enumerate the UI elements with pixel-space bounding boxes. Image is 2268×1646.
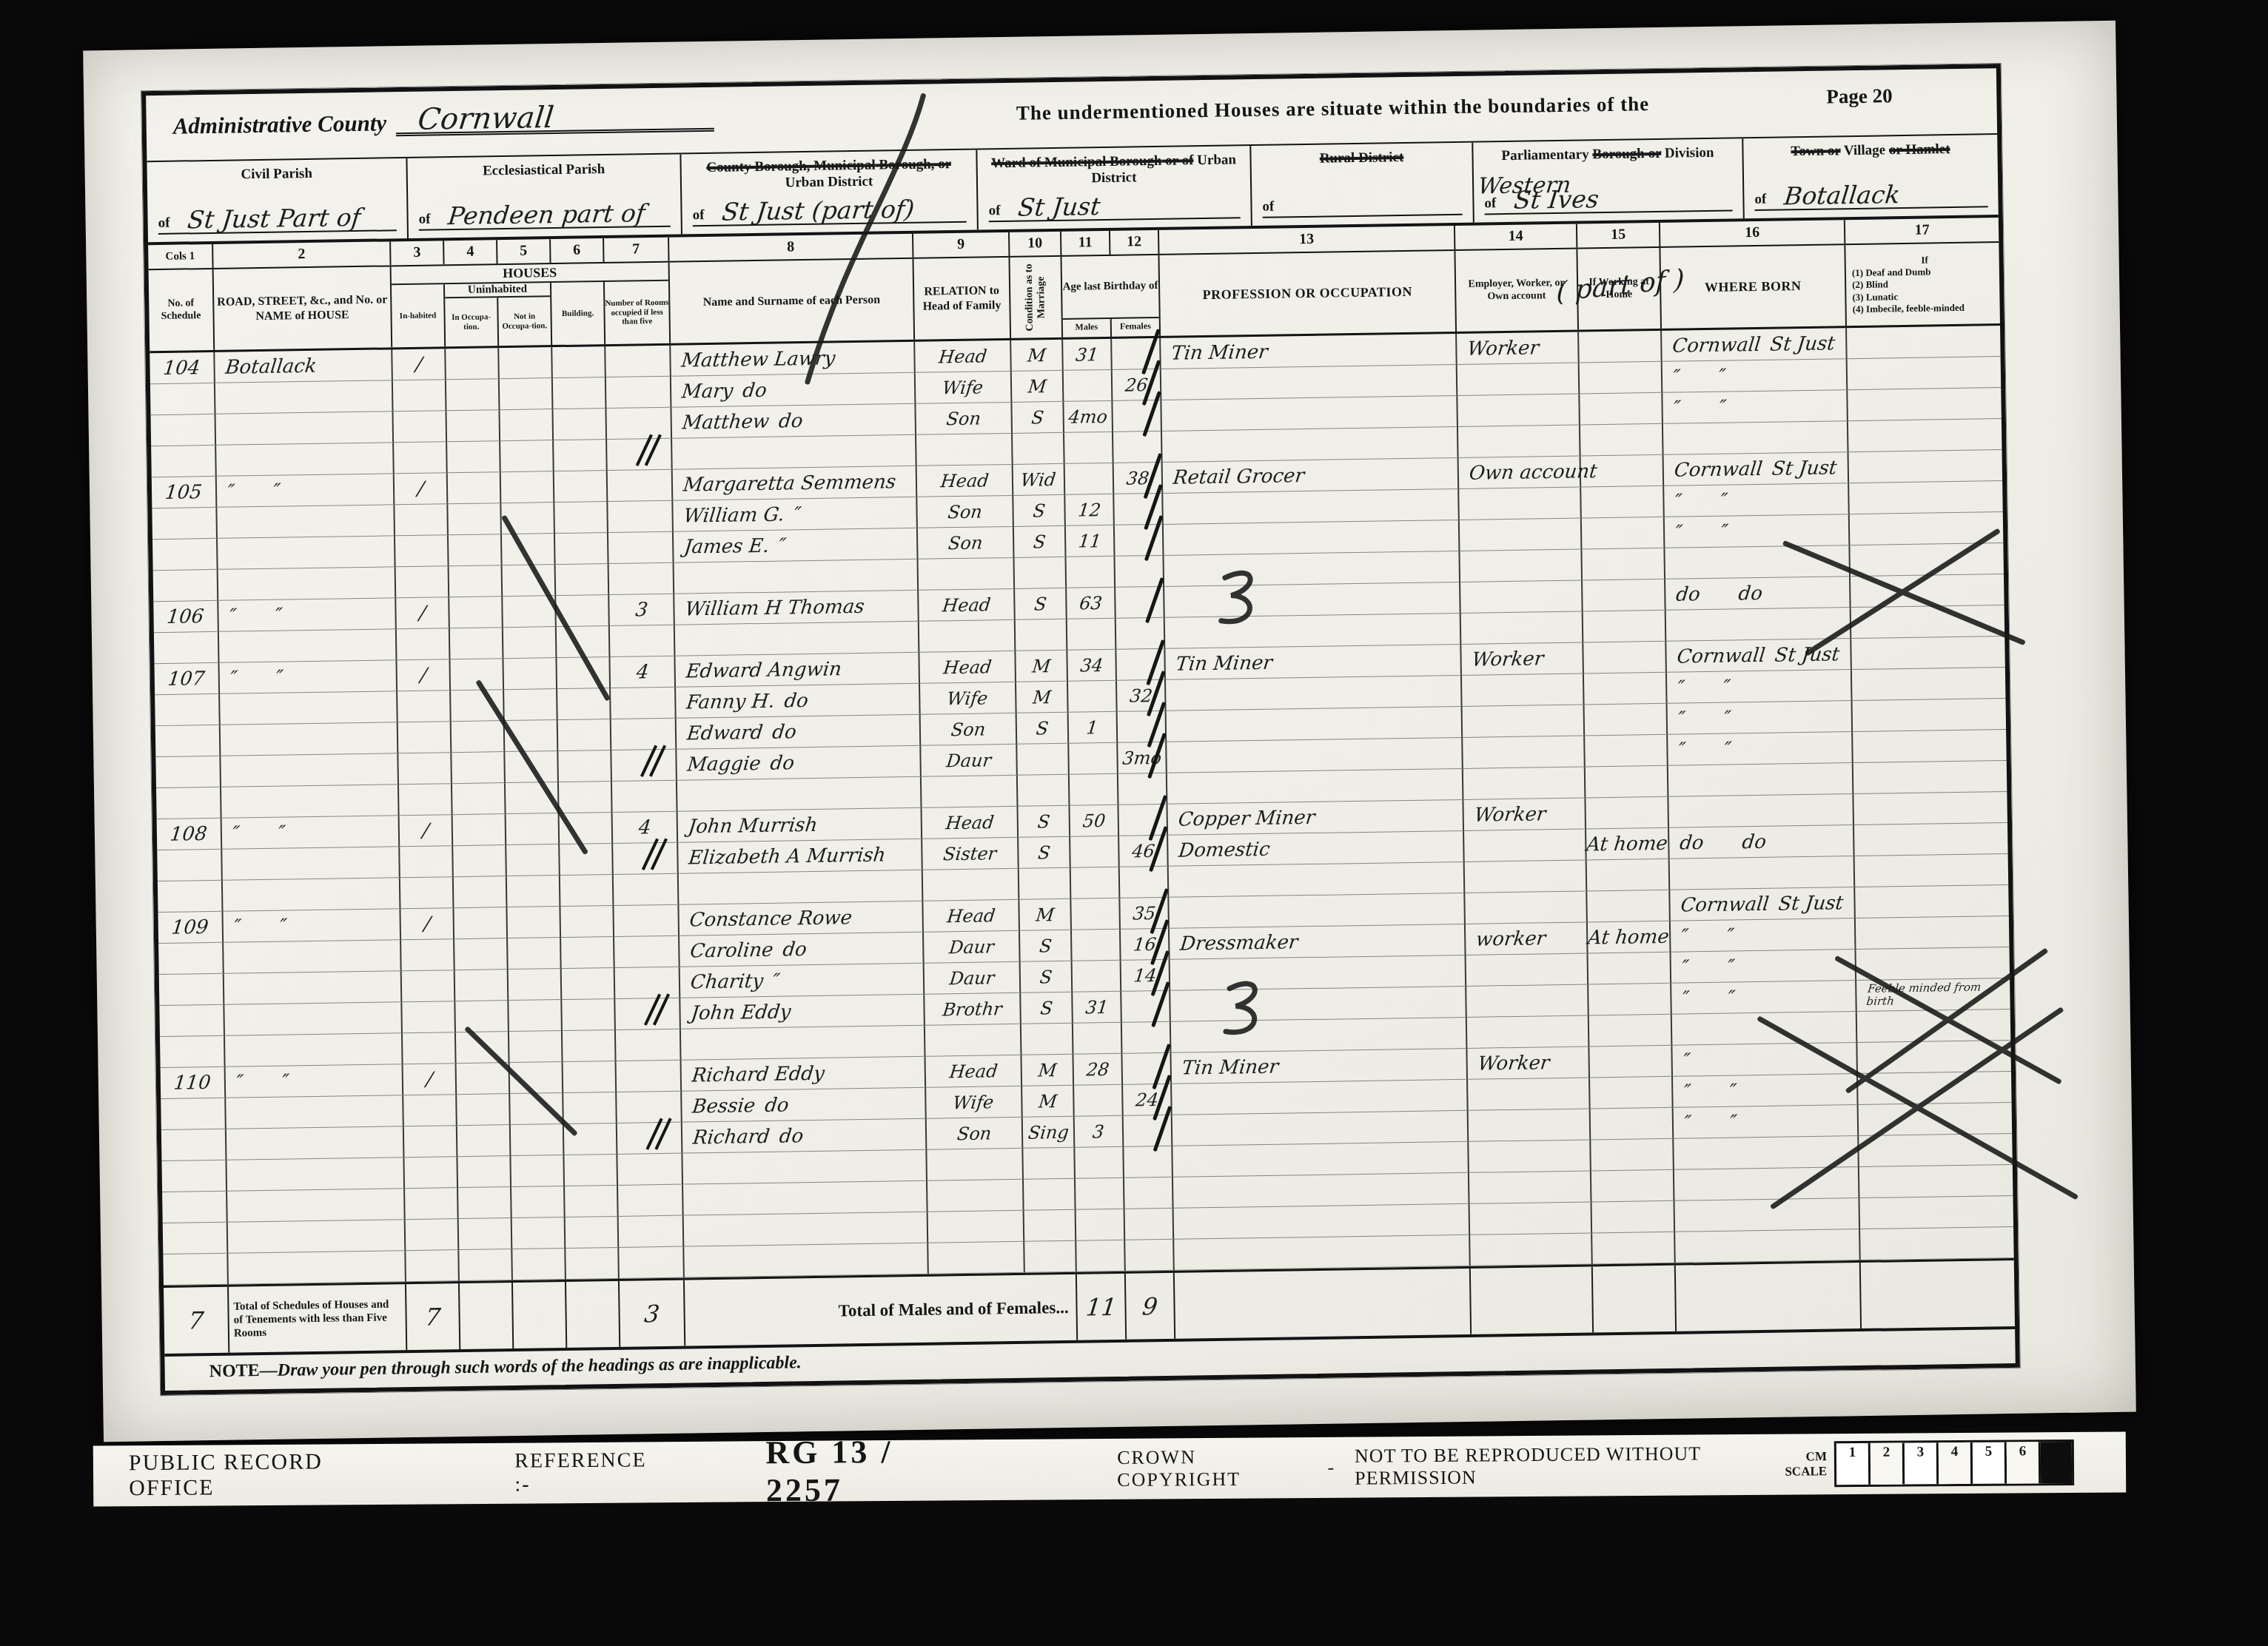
header-box-label: Town or Village or Hamlet — [1743, 141, 1998, 180]
cell-name: Bessie do — [691, 1094, 790, 1118]
cell-born: ″ ″ — [1680, 924, 1736, 947]
cell-m: 3 — [1092, 1121, 1105, 1142]
column-number: 5 — [497, 239, 551, 263]
header-box-parliamentary: Parliamentary Borough or DivisionofSt Iv… — [1472, 138, 1743, 222]
header-box-label: Rural District — [1251, 149, 1472, 187]
col-uninhabited-group: Uninhabited In Occupa-tion. Not in Occup… — [445, 283, 552, 346]
cell-cond: S — [1032, 531, 1046, 552]
column-number: 16 — [1660, 220, 1845, 246]
cell-s: 107 — [167, 668, 206, 691]
cell-f: 46 — [1131, 841, 1156, 862]
cell-cond: S — [1032, 500, 1046, 521]
cell-emp: Worker — [1473, 803, 1547, 826]
cell-m: 28 — [1085, 1059, 1110, 1081]
scale-mark: 3 — [1905, 1442, 1939, 1484]
reference-label: REFERENCE :- — [514, 1448, 655, 1496]
column-number: 12 — [1110, 230, 1159, 255]
cell-m: 12 — [1077, 500, 1102, 521]
cell-inh: / — [421, 819, 430, 842]
cell-cond: M — [1031, 656, 1052, 676]
census-entries: 104Botallack/Matthew LawryHeadM31Tin Min… — [150, 326, 2013, 1286]
header-box-value: St Just Part of — [187, 203, 363, 235]
header-box-value: Pendeen part of — [446, 198, 646, 230]
header-box-label: Ecclesiastical Parish — [408, 161, 681, 200]
page-number: Page 20 — [1826, 68, 1997, 135]
cell-road: ″ ″ — [231, 822, 286, 844]
cell-rel: Daur — [945, 750, 993, 771]
cell-f: 38 — [1125, 468, 1150, 489]
footnote-text: Draw your pen through such words of the … — [278, 1353, 802, 1380]
cell-rel: Daur — [948, 967, 995, 989]
cell-emp: Own account — [1468, 460, 1598, 485]
cell-s: 106 — [166, 605, 205, 628]
cell-occ: Domestic — [1178, 838, 1271, 861]
administrative-county: Administrative County Cornwall — [172, 85, 839, 160]
cell-rel: Son — [956, 1123, 992, 1144]
cell-cond: Wid — [1020, 469, 1057, 491]
col-road: ROAD, STREET, &c., and No. or NAME of HO… — [215, 293, 389, 324]
cell-born: ″ ″ — [1677, 707, 1732, 730]
cell-born: Cornwall St Just — [1673, 457, 1838, 481]
cell-s: 108 — [169, 823, 208, 846]
cell-inh: / — [415, 353, 423, 375]
cell-rel: Son — [945, 408, 982, 429]
administrative-county-value: Cornwall — [416, 101, 555, 137]
cell-m: 63 — [1078, 593, 1104, 614]
cell-f: 35 — [1132, 903, 1157, 924]
column-number: 3 — [391, 241, 444, 265]
reproduction-notice: NOT TO BE REPRODUCED WITHOUT PERMISSION — [1355, 1442, 1785, 1490]
header-box-label: County Borough, Municipal Borough, or Ur… — [681, 156, 976, 196]
cell-cond: S — [1033, 594, 1047, 614]
cell-road: ″ ″ — [229, 666, 284, 689]
cell-rel: Head — [946, 905, 996, 927]
column-number: 14 — [1455, 224, 1577, 249]
cell-emp: worker — [1475, 927, 1547, 950]
cell-name: Richard do — [691, 1125, 804, 1149]
reference-number: RG 13 / 2257 — [765, 1432, 962, 1509]
header-box-ward: Ward of Municipal Borough or of Urban Di… — [976, 146, 1251, 229]
cell-f: 26 — [1124, 374, 1149, 396]
cell-cond: S — [1039, 935, 1053, 956]
col-in-occupation: In Occupa-tion. — [446, 312, 497, 332]
cell-rel: Brothr — [942, 998, 1003, 1020]
header-box-ecclesiastical-parish: Ecclesiastical ParishofPendeen part of — [406, 155, 681, 238]
cell-f: 16 — [1132, 934, 1157, 955]
col-inhabited: In-habited — [392, 311, 443, 321]
col-rooms: Number of Rooms occupied if less than fi… — [605, 298, 669, 327]
cell-name: James E. ″ — [683, 534, 788, 558]
census-form: Administrative County Cornwall The under… — [141, 64, 2020, 1395]
col-building: Building. — [551, 309, 603, 319]
cell-born: do do — [1675, 582, 1764, 605]
total-rooms-value: 3 — [643, 1300, 660, 1328]
cell-cond: M — [1031, 687, 1052, 708]
scale-end-block — [2041, 1442, 2072, 1483]
cell-rel: Son — [947, 501, 983, 523]
col-born: WHERE BORN — [1663, 278, 1843, 296]
col-name: Name and Surname of each Person — [671, 292, 911, 310]
header-box-rural-district: Rural Districtof — [1249, 143, 1473, 226]
cell-born: ″ ″ — [1672, 396, 1728, 419]
cell-home: At home — [1587, 925, 1671, 949]
col-condition: Condition as to Marriage — [1024, 258, 1049, 336]
cell-cond: S — [1030, 407, 1044, 428]
column-number: 11 — [1061, 231, 1110, 255]
header-box-value: St Just (part of) — [720, 195, 916, 226]
cell-name: John Eddy — [690, 1001, 792, 1024]
scale-mark: 4 — [1939, 1442, 1973, 1484]
cell-name: Richard Eddy — [691, 1062, 825, 1086]
cell-born: ″ ″ — [1677, 676, 1732, 699]
cell-road: ″ ″ — [232, 915, 288, 938]
header-box-civil-parish: Civil ParishofSt Just Part of — [147, 158, 407, 242]
cell-born: Cornwall St Just — [1680, 892, 1845, 916]
cell-road: ″ ″ — [226, 480, 281, 503]
cell-name: William H Thomas — [684, 595, 865, 620]
header-box-town-village: Town or Village or HamletofBotallack — [1742, 135, 1999, 218]
cell-born: do do — [1679, 830, 1768, 854]
cell-occ: Tin Miner — [1181, 1055, 1279, 1079]
column-number: 7 — [604, 238, 669, 262]
total-males-females-label: Total of Males and of Females... — [838, 1297, 1068, 1320]
col-relation: RELATION to Head of Family — [916, 283, 1008, 313]
cell-rel: Head — [942, 594, 992, 616]
cell-occ: Tin Miner — [1170, 340, 1269, 364]
col-houses-group: HOUSES In-habited Uninhabited In Occupa-… — [392, 263, 671, 348]
cell-occ: Copper Miner — [1177, 806, 1316, 830]
header-box-value: Botallack — [1782, 180, 1902, 210]
cell-rel: Wife — [946, 688, 989, 709]
cell-cond: M — [1027, 376, 1047, 397]
cell-born: Cornwall St Just — [1671, 332, 1836, 357]
col-age: Age last Birthday of — [1061, 255, 1158, 318]
cell-name: Margaretta Semmens — [682, 471, 896, 496]
cell-born: ″ ″ — [1677, 738, 1733, 761]
column-number: 15 — [1577, 223, 1660, 248]
cell-occ: Tin Miner — [1175, 651, 1273, 675]
cell-cond: S — [1039, 998, 1053, 1018]
pro-reference-strip: PUBLIC RECORD OFFICE REFERENCE :- RG 13 … — [93, 1431, 2127, 1506]
cell-rel: Head — [942, 656, 993, 678]
cell-rel: Head — [939, 470, 990, 491]
cell-cond: S — [1036, 811, 1050, 832]
cell-f: 32 — [1128, 685, 1153, 707]
cell-home: At home — [1586, 832, 1669, 856]
cell-name: Edward Angwin — [685, 658, 842, 682]
cell-cond: M — [1037, 1060, 1058, 1081]
cell-inh: / — [419, 664, 428, 686]
cell-born: ″ ″ — [1674, 489, 1729, 512]
cell-inf: Feeble minded from birth — [1866, 981, 2012, 1008]
cell-name: Mary do — [681, 379, 768, 403]
cell-rel: Wife — [952, 1092, 995, 1113]
cell-rel: Head — [938, 346, 988, 367]
scale-mark: 2 — [1871, 1443, 1905, 1485]
cell-name: William G. ″ — [682, 503, 802, 527]
cell-m: 31 — [1084, 997, 1110, 1018]
cell-inh: / — [423, 913, 432, 935]
cell-inh: / — [425, 1068, 434, 1090]
cell-f: 24 — [1135, 1089, 1160, 1111]
scale-mark: 5 — [1973, 1442, 2007, 1484]
cell-born: ″ ″ — [1680, 955, 1736, 978]
cell-rel: Daur — [948, 936, 995, 958]
cell-cond: M — [1038, 1091, 1058, 1112]
administrative-county-line: Cornwall — [395, 102, 714, 136]
cell-rel: Son — [947, 532, 984, 554]
column-number: 10 — [1010, 232, 1061, 256]
col-not-in-occupation: Not in Occupa-tion. — [499, 312, 551, 331]
cell-emp: Worker — [1466, 337, 1540, 360]
column-number: 8 — [669, 234, 913, 261]
cell-rooms: 3 — [634, 599, 649, 621]
header-box-extra: Western — [1477, 172, 1572, 200]
census-sheet: ( part of ) Administrative County Cornwa… — [83, 21, 2136, 1442]
cell-born: ″ ″ — [1674, 520, 1729, 543]
column-number: 2 — [213, 241, 391, 268]
col-schedule: No. of Schedule — [150, 298, 211, 322]
cell-road: Botallack — [224, 355, 318, 378]
cell-occ: Dressmaker — [1179, 931, 1299, 955]
total-females-value: 9 — [1141, 1292, 1158, 1320]
footnote-prefix: NOTE— — [209, 1361, 278, 1381]
cell-born: ″ ″ — [1681, 987, 1737, 1010]
cell-born: ″ — [1682, 1049, 1691, 1072]
cell-s: 105 — [164, 481, 204, 504]
cell-inh: / — [418, 602, 427, 624]
scale-mark: 1 — [1836, 1443, 1871, 1485]
dash-separator: - — [1327, 1457, 1334, 1479]
cell-m: 11 — [1077, 531, 1102, 552]
column-number: 9 — [913, 232, 1010, 258]
header-box-value: St Just — [1016, 192, 1101, 222]
cell-name: Fanny H. do — [685, 690, 810, 713]
cell-inh: / — [416, 477, 425, 500]
col-age-group: Age last Birthday of Males Females — [1061, 255, 1161, 337]
column-number: 17 — [1845, 218, 1999, 243]
cell-born: ″ ″ — [1682, 1080, 1738, 1103]
cell-rooms: 4 — [635, 661, 650, 683]
cell-road: ″ ″ — [235, 1070, 290, 1093]
cell-name: Edward do — [685, 721, 797, 745]
cell-m: 34 — [1079, 655, 1104, 676]
cell-m: 4mo — [1067, 406, 1109, 427]
total-males-value: 11 — [1084, 1292, 1118, 1321]
cell-born: ″ ″ — [1682, 1111, 1738, 1134]
cell-rel: Wife — [942, 377, 984, 398]
cell-rel: Head — [945, 812, 995, 833]
cell-rel: Son — [950, 719, 986, 740]
cell-s: 110 — [172, 1072, 212, 1095]
cell-cond: S — [1035, 718, 1049, 739]
cell-born: ″ ″ — [1671, 365, 1727, 388]
col-females: Females — [1112, 318, 1159, 337]
column-number: 6 — [551, 238, 604, 263]
header-box-label: Civil Parish — [147, 164, 407, 204]
cell-name: Elizabeth A Murrish — [688, 844, 887, 869]
cell-name: Maggie do — [686, 752, 796, 776]
cell-emp: Worker — [1477, 1052, 1551, 1075]
col-uninhabited: Uninhabited — [445, 283, 550, 298]
cell-m: 1 — [1086, 717, 1099, 738]
cell-name: Constance Rowe — [688, 907, 853, 931]
col-infirmity: If (1) Deaf and Dumb (2) Blind (3) Lunat… — [1845, 243, 2000, 326]
copyright-label: CROWN COPYRIGHT — [1117, 1445, 1307, 1491]
col-profession: PROFESSION OR OCCUPATION — [1161, 283, 1453, 303]
scale-mark: 6 — [2007, 1442, 2041, 1483]
cell-rel: Head — [948, 1061, 999, 1082]
cell-name: John Murrish — [687, 813, 819, 838]
col-males: Males — [1063, 319, 1112, 337]
cell-name: Matthew Lawry — [680, 347, 836, 372]
scanned-census-page: { "page": { "admin_label": "Administrati… — [0, 0, 2268, 1646]
cm-scale-ruler: 123456 — [1834, 1440, 2074, 1487]
cell-s: 109 — [170, 916, 209, 939]
total-schedules-value: 7 — [187, 1306, 204, 1334]
cell-cond: Sing — [1027, 1121, 1070, 1143]
column-number: Cols 1 — [148, 244, 213, 269]
cell-born: Cornwall St Just — [1676, 643, 1841, 668]
cell-name: Matthew do — [681, 410, 804, 434]
column-number: 13 — [1159, 226, 1455, 254]
cell-f: 14 — [1133, 965, 1158, 987]
cell-m: 31 — [1075, 344, 1100, 366]
cell-rel: Sister — [942, 843, 998, 864]
cell-rooms: 4 — [637, 816, 652, 839]
cell-name: Charity ″ — [689, 970, 781, 993]
scale-label: CM SCALE — [1785, 1449, 1827, 1479]
cell-emp: Worker — [1471, 648, 1545, 671]
header-box-county-borough: County Borough, Municipal Borough, or Ur… — [680, 150, 977, 235]
administrative-county-label: Administrative County — [172, 110, 386, 138]
cell-cond: M — [1027, 345, 1047, 366]
office-label: PUBLIC RECORD OFFICE — [129, 1449, 389, 1501]
total-schedules-label: Total of Schedules of Houses and of Tene… — [229, 1297, 406, 1340]
cell-m: 50 — [1081, 810, 1107, 832]
cell-cond: S — [1037, 842, 1051, 863]
cell-s: 104 — [162, 357, 201, 380]
total-inhabited-value: 7 — [423, 1303, 441, 1331]
cell-cond: M — [1035, 904, 1056, 925]
cell-cond: S — [1039, 967, 1053, 987]
cell-occ: Retail Grocer — [1172, 465, 1305, 489]
header-box-label: Ward of Municipal Borough or of Urban Di… — [977, 152, 1250, 191]
cell-road: ″ ″ — [228, 604, 283, 627]
cell-name: Caroline do — [689, 938, 808, 962]
column-number: 4 — [444, 240, 497, 264]
